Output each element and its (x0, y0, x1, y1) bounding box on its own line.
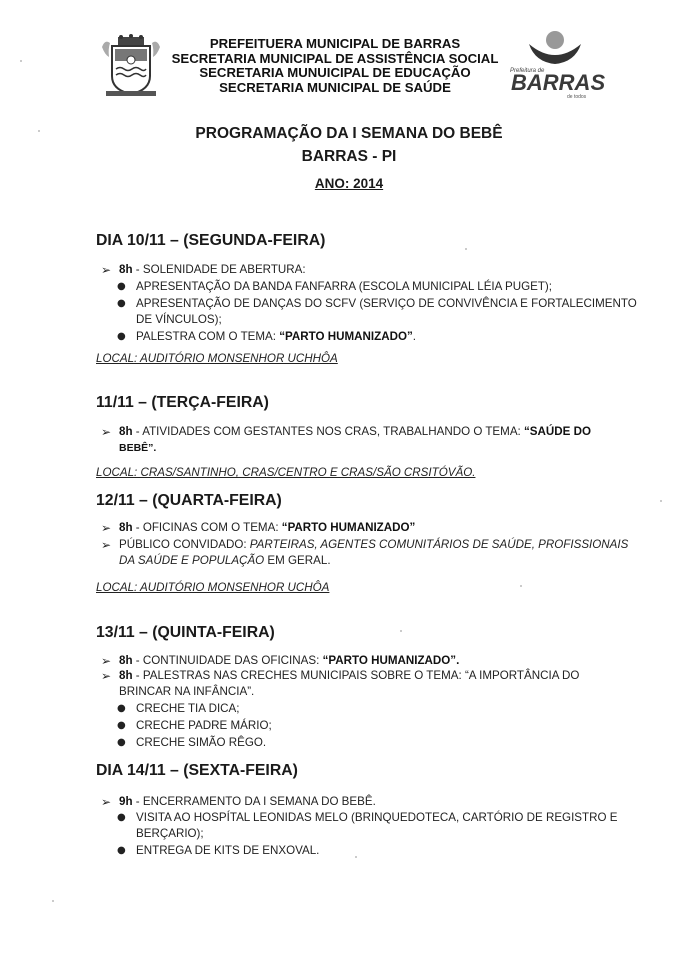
list-item: CRECHE TIA DICA; (136, 702, 240, 716)
day-heading: 11/11 – (TERÇA-FEIRA) (96, 394, 269, 412)
scan-speck (400, 630, 402, 632)
list-item: ENTREGA DE KITS DE ENXOVAL. (136, 844, 319, 858)
day-heading: 12/11 – (QUARTA-FEIRA) (96, 492, 282, 510)
day-heading: 13/11 – (QUINTA-FEIRA) (96, 624, 275, 642)
dot-bullet-icon: ● (117, 703, 126, 714)
header-line: SECRETARIA MUNUICIPAL DE EDUCAÇÃO (170, 66, 500, 81)
list-item: VISITA AO HOSPÍTAL LEONIDAS MELO (BRINQU… (136, 811, 617, 825)
list-item: APRESENTAÇÃO DE DANÇAS DO SCFV (SERVIÇO … (136, 297, 637, 311)
arrow-bullet-icon: ➢ (101, 795, 111, 809)
scan-speck (520, 585, 522, 587)
dot-bullet-icon: ● (117, 845, 126, 856)
list-item: CRECHE SIMÃO RÊGO. (136, 736, 266, 750)
page-subtitle: BARRAS - PI (0, 148, 698, 166)
header-line: SECRETARIA MUNICIPAL DE ASSISTÊNCIA SOCI… (170, 52, 500, 67)
scan-speck (38, 130, 40, 132)
dot-bullet-icon: ● (117, 298, 126, 309)
dot-bullet-icon: ● (117, 281, 126, 292)
list-item-continuation: BERÇARIO); (136, 827, 204, 841)
header-line: PREFEITUERA MUNICIPAL DE BARRAS (170, 37, 500, 52)
schedule-item: 8h - PALESTRAS NAS CRECHES MUNICIPAIS SO… (119, 669, 579, 683)
location-label: LOCAL: AUDITÓRIO MONSENHOR UCHHÔA (96, 352, 338, 365)
schedule-item: 8h - OFICINAS COM O TEMA: “PARTO HUMANIZ… (119, 521, 415, 535)
location-label: LOCAL: CRAS/SANTINHO, CRAS/CENTRO E CRAS… (96, 466, 475, 479)
arrow-bullet-icon: ➢ (101, 263, 111, 277)
header-organizations: PREFEITUERA MUNICIPAL DE BARRAS SECRETAR… (170, 37, 500, 95)
year-label: ANO: 2014 (0, 176, 698, 191)
list-item: APRESENTAÇÃO DA BANDA FANFARRA (ESCOLA M… (136, 280, 552, 294)
scan-speck (20, 60, 22, 62)
document-page: PREFEITUERA MUNICIPAL DE BARRAS SECRETAR… (0, 0, 698, 960)
dot-bullet-icon: ● (117, 812, 126, 823)
list-item: CRECHE PADRE MÁRIO; (136, 719, 272, 733)
list-item-continuation: DE VÍNCULOS); (136, 313, 222, 327)
schedule-item-continuation: BEBÊ”. (119, 441, 156, 455)
dot-bullet-icon: ● (117, 737, 126, 748)
schedule-item-continuation: DA SAÚDE E POPULAÇÃO EM GERAL. (119, 554, 331, 568)
arrow-bullet-icon: ➢ (101, 538, 111, 552)
arrow-bullet-icon: ➢ (101, 521, 111, 535)
coat-of-arms-icon (98, 33, 164, 101)
schedule-item: 9h - ENCERRAMENTO DA I SEMANA DO BEBÊ. (119, 795, 376, 809)
schedule-item: PÚBLICO CONVIDADO: PARTEIRAS, AGENTES CO… (119, 538, 628, 552)
list-item: PALESTRA COM O TEMA: “PARTO HUMANIZADO”. (136, 330, 416, 344)
dot-bullet-icon: ● (117, 331, 126, 342)
schedule-item: 8h - CONTINUIDADE DAS OFICINAS: “PARTO H… (119, 654, 459, 668)
location-label: LOCAL: AUDITÓRIO MONSENHOR UCHÔA (96, 581, 329, 594)
barras-logo-icon: Prefeitura de BARRAS de todos (507, 30, 619, 102)
day-heading: DIA 14/11 – (SEXTA-FEIRA) (96, 762, 298, 780)
svg-text:BARRAS: BARRAS (511, 70, 605, 95)
header-line: SECRETARIA MUNICIPAL DE SAÚDE (170, 81, 500, 96)
arrow-bullet-icon: ➢ (101, 425, 111, 439)
scan-speck (465, 248, 467, 250)
schedule-item-continuation: BRINCAR NA INFÂNCIA”. (119, 685, 254, 699)
day-heading: DIA 10/11 – (SEGUNDA-FEIRA) (96, 232, 325, 250)
schedule-item: 8h - SOLENIDADE DE ABERTURA: (119, 263, 306, 277)
schedule-item: 8h - ATIVIDADES COM GESTANTES NOS CRAS, … (119, 425, 591, 439)
svg-text:de todos: de todos (567, 94, 587, 100)
page-title: PROGRAMAÇÃO DA I SEMANA DO BEBÊ (0, 125, 698, 143)
scan-speck (52, 900, 54, 902)
arrow-bullet-icon: ➢ (101, 669, 111, 683)
scan-speck (355, 856, 357, 858)
scan-speck (660, 500, 662, 502)
dot-bullet-icon: ● (117, 720, 126, 731)
arrow-bullet-icon: ➢ (101, 654, 111, 668)
